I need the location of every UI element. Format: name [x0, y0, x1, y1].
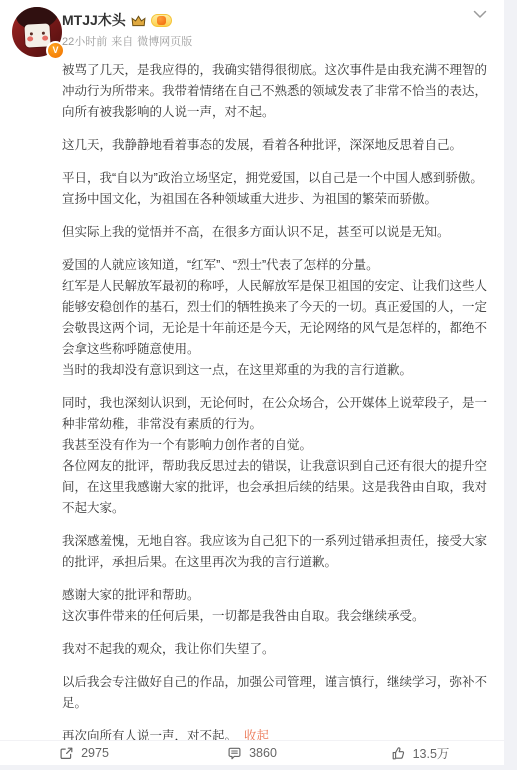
post-paragraph: 我对不起我的观众，我让你们失望了。 — [62, 639, 489, 660]
repost-button[interactable]: 2975 — [0, 741, 168, 765]
avatar[interactable]: V — [12, 7, 62, 57]
action-bar: 2975 3860 13.5万 — [0, 740, 504, 765]
comment-icon — [227, 746, 242, 761]
post-paragraph: 平日，我“自以为”政治立场坚定，拥党爱国，以自己是一个中国人感到骄傲。宣扬中国文… — [62, 168, 489, 210]
username[interactable]: MTJJ木头 — [62, 10, 126, 30]
crown-icon — [131, 15, 146, 27]
post-text: 被骂了几天，是我应得的，我确实错得很彻底。这次事件是由我充满不理智的冲动行为所带… — [0, 56, 504, 747]
post-paragraph: 被骂了几天，是我应得的，我确实错得很彻底。这次事件是由我充满不理智的冲动行为所带… — [62, 60, 489, 123]
post-paragraph: 同时，我也深刻认识到，无论何时，在公众场合，公开媒体上说荤段子，是一种非常幼稚，… — [62, 393, 489, 519]
post-paragraph: 爱国的人就应该知道，“红军”、“烈士”代表了怎样的分量。 红军是人民解放军最初的… — [62, 255, 489, 381]
source-prefix: 来自 — [111, 33, 133, 49]
weibo-post-card: V MTJJ木头 22小时前 来自 微博网页版 被骂了几天，是我应得的，我确实错… — [0, 0, 504, 770]
post-paragraph: 以后我会专注做好自己的作品，加强公司管理，谨言慎行，继续学习，弥补不足。 — [62, 672, 489, 714]
like-icon — [391, 746, 406, 761]
like-count: 13.5万 — [413, 744, 450, 762]
repost-icon — [59, 746, 74, 761]
vip-level-badge — [151, 14, 172, 27]
name-row: MTJJ木头 — [62, 10, 172, 30]
bottom-band — [0, 765, 517, 770]
post-paragraph: 但实际上我的觉悟并不高，在很多方面认识不足，甚至可以说是无知。 — [62, 222, 489, 243]
post-paragraph: 这几天，我静静地看着事态的发展，看着各种批评，深深地反思着自己。 — [62, 135, 489, 156]
chevron-down-icon[interactable] — [473, 10, 487, 19]
page-background-band — [504, 0, 517, 770]
source-link[interactable]: 微博网页版 — [137, 33, 192, 49]
timestamp: 22小时前 — [62, 33, 107, 49]
post-paragraph: 我深感羞愧，无地自容。我应该为自己犯下的一系列过错承担责任，接受大家的批评，承担… — [62, 531, 489, 573]
comment-count: 3860 — [249, 746, 277, 760]
post-header: V MTJJ木头 22小时前 来自 微博网页版 — [0, 0, 504, 56]
post-paragraph: 感谢大家的批评和帮助。 这次事件带来的任何后果，一切都是我咎由自取。我会继续承受… — [62, 585, 489, 627]
like-button[interactable]: 13.5万 — [336, 741, 504, 765]
repost-count: 2975 — [81, 746, 109, 760]
post-meta: 22小时前 来自 微博网页版 — [62, 33, 192, 49]
comment-button[interactable]: 3860 — [168, 741, 336, 765]
